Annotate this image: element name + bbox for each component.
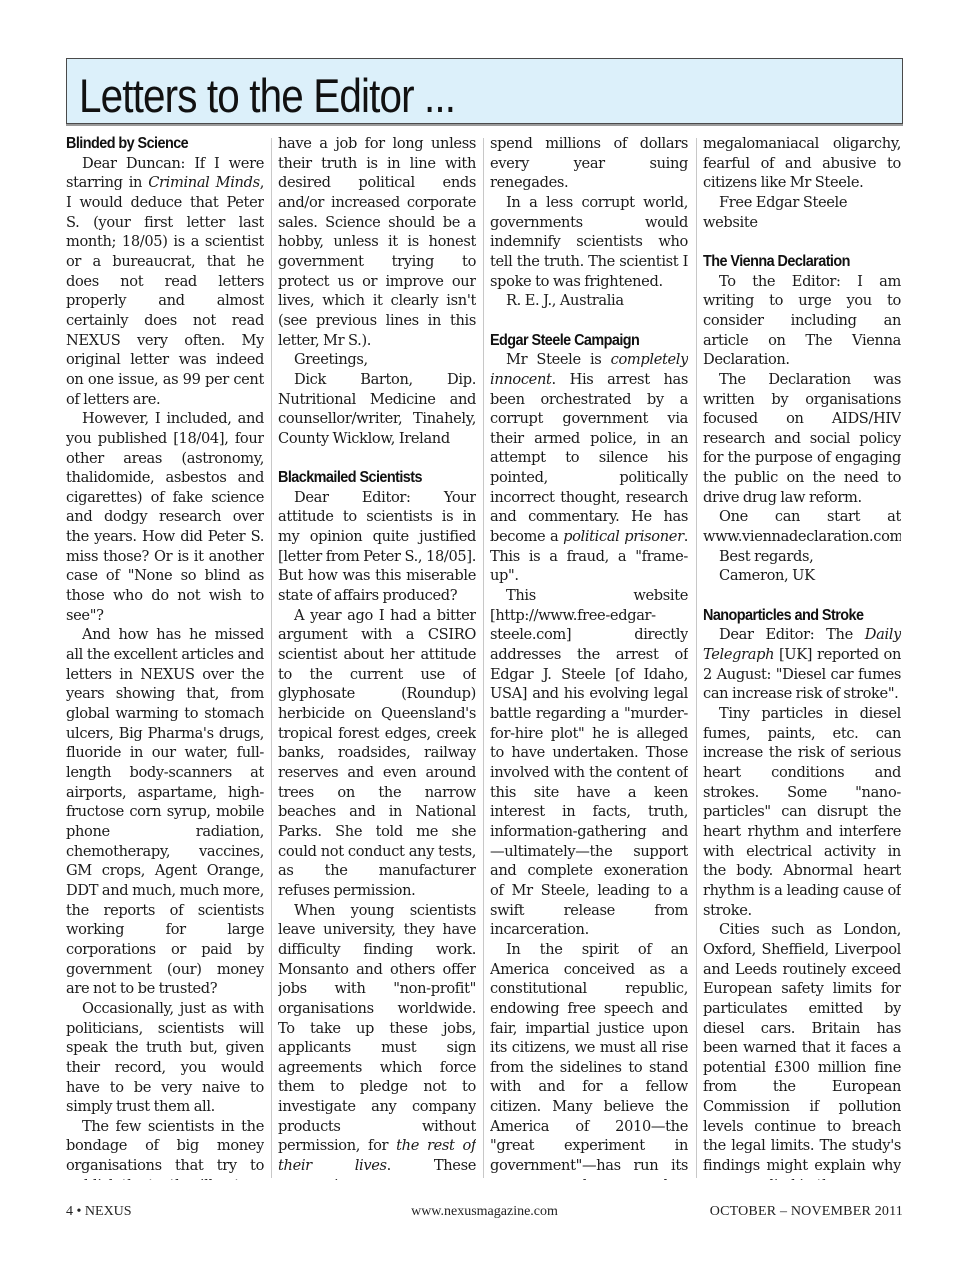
- letter-paragraph: Dear Editor: Your attitude to scientists…: [278, 488, 476, 606]
- page-title: Letters to the Editor ...: [79, 69, 455, 123]
- letter-paragraph: One can start at www.viennadeclaration.c…: [703, 507, 901, 546]
- letter-heading-vienna-declaration: The Vienna Declaration: [703, 252, 887, 272]
- letter-closing: Best regards,: [703, 547, 901, 567]
- letter-heading-nanoparticles-and-stroke: Nanoparticles and Stroke: [703, 606, 887, 626]
- column-divider: [483, 138, 484, 1178]
- letter-paragraph: When young scientists leave university, …: [278, 901, 476, 1180]
- column-2: have a job for long unless their truth i…: [278, 134, 476, 1180]
- letter-paragraph: The few scientists in the bondage of big…: [66, 1117, 264, 1180]
- column-1: Blinded by Science Dear Duncan: If I wer…: [66, 134, 264, 1180]
- letter-heading-blackmailed-scientists: Blackmailed Scientists: [278, 468, 462, 488]
- page-title-banner: Letters to the Editor ...: [66, 58, 903, 124]
- letter-signature: R. E. J., Australia: [490, 291, 688, 311]
- letter-signature: Free Edgar Steele website: [703, 193, 901, 232]
- column-divider: [271, 138, 272, 1178]
- footer-issue-date: OCTOBER – NOVEMBER 2011: [710, 1204, 903, 1220]
- letter-paragraph: Dear Editor: The Daily Telegraph [UK] re…: [703, 625, 901, 704]
- letter-paragraph: In the spirit of an America conceived as…: [490, 940, 688, 1180]
- letter-paragraph: This website [http://www.free-edgar-stee…: [490, 586, 688, 940]
- letter-signature: Cameron, UK: [703, 566, 901, 586]
- column-3: spend millions of dollars every year sui…: [490, 134, 688, 1180]
- letter-paragraph: And how has he missed all the excellent …: [66, 625, 264, 998]
- letters-columns: Blinded by Science Dear Duncan: If I wer…: [66, 134, 903, 1180]
- letter-paragraph: In a less corrupt world, governments wou…: [490, 193, 688, 291]
- letter-paragraph: However, I included, and you published […: [66, 409, 264, 625]
- letter-signature: Dick Barton, Dip. Nutritional Medicine a…: [278, 370, 476, 449]
- letter-paragraph: Tiny particles in diesel fumes, paints, …: [703, 704, 901, 920]
- letter-heading-blinded-by-science: Blinded by Science: [66, 134, 250, 154]
- column-4: megalomaniacal oligarchy, fearful of and…: [703, 134, 901, 1180]
- letter-heading-edgar-steele-campaign: Edgar Steele Campaign: [490, 331, 674, 351]
- letter-paragraph: Occasionally, just as with politicians, …: [66, 999, 264, 1117]
- letter-closing: Greetings,: [278, 350, 476, 370]
- letter-paragraph-continued: megalomaniacal oligarchy, fearful of and…: [703, 134, 901, 193]
- letter-paragraph: A year ago I had a bitter argument with …: [278, 606, 476, 901]
- column-divider: [696, 138, 697, 1178]
- letter-paragraph: Dear Duncan: If I were starring in Crimi…: [66, 154, 264, 410]
- letter-paragraph: Cities such as London, Oxford, Sheffield…: [703, 920, 901, 1180]
- letter-paragraph: To the Editor: I am writing to urge you …: [703, 272, 901, 370]
- letter-paragraph-continued: have a job for long unless their truth i…: [278, 134, 476, 350]
- page-footer: 4 • NEXUS www.nexusmagazine.com OCTOBER …: [66, 1204, 903, 1224]
- letter-paragraph: The Declaration was written by organisat…: [703, 370, 901, 508]
- letter-paragraph-continued: spend millions of dollars every year sui…: [490, 134, 688, 193]
- letter-paragraph: Mr Steele is completely innocent. His ar…: [490, 350, 688, 586]
